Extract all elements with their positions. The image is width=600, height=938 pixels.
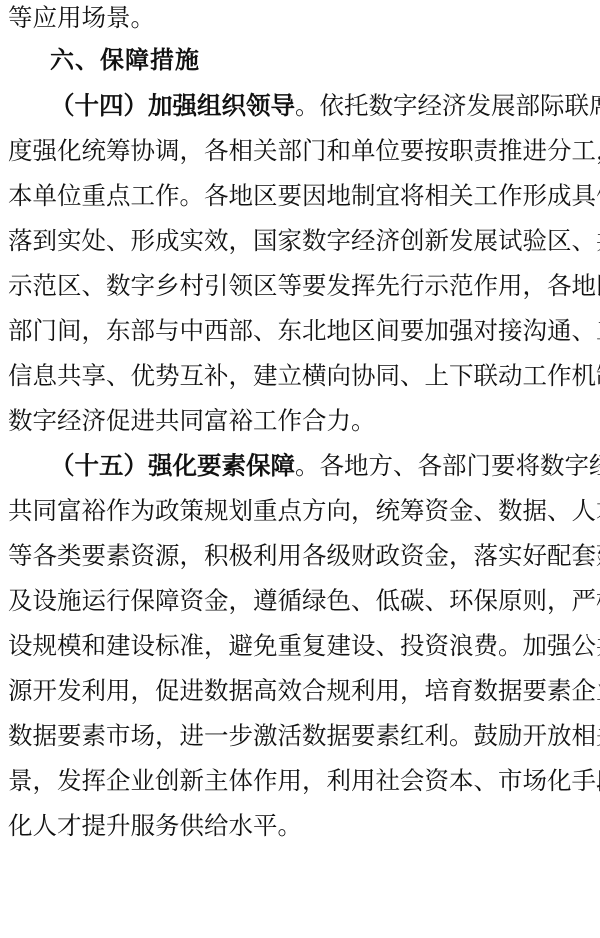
text-line: 共同富裕作为政策规划重点方向，统筹资金、数据、人才、项目 [8, 491, 592, 531]
item-14-first-line: （十四）加强组织领导。依托数字经济发展部际联席会议制 [50, 86, 592, 126]
text-line: 度强化统筹协调，各相关部门和单位要按职责推进分工，并纳入 [8, 131, 592, 171]
item-title: 加强组织领导 [148, 91, 295, 120]
item-15-first-line: （十五）强化要素保障。各地方、各部门要将数字经济促进 [50, 446, 592, 486]
text-line: 等应用场景。 [8, 0, 592, 38]
item-number: （十四） [50, 91, 148, 120]
text-line: 数据要素市场，进一步激活数据要素红利。鼓励开放相关应用场 [8, 716, 592, 756]
text-line: 示范区、数字乡村引领区等要发挥先行示范作用，各地区与相关 [8, 266, 592, 306]
text-line: 等各类要素资源，积极利用各级财政资金，落实好配套建设资金 [8, 536, 592, 576]
item-text: 。依托数字经济发展部际联席会议制 [295, 91, 600, 120]
text-line: 及设施运行保障资金，遵循绿色、低碳、环保原则，严格控制建 [8, 581, 592, 621]
text-line: 化人才提升服务供给水平。 [8, 806, 592, 846]
text-line: 数字经济促进共同富裕工作合力。 [8, 401, 592, 441]
text-line: 设规模和建设标准，避免重复建设、投资浪费。加强公共数据资 [8, 626, 592, 666]
text-line: 部门间，东部与中西部、东北地区间要加强对接沟通、工作协同、 [8, 311, 592, 351]
text-line: 落到实处、形成实效，国家数字经济创新发展试验区、共同富裕 [8, 221, 592, 261]
text-line: 景，发挥企业创新主体作用，利用社会资本、市场化手段、专业 [8, 761, 592, 801]
section-heading: 六、保障措施 [50, 40, 200, 80]
item-title: 强化要素保障 [148, 451, 295, 480]
item-text: 。各地方、各部门要将数字经济促进 [295, 451, 600, 480]
text-line: 信息共享、优势互补，建立横向协同、上下联动工作机制，形成 [8, 356, 592, 396]
text-line: 本单位重点工作。各地区要因地制宜将相关工作形成具体措施、 [8, 176, 592, 216]
text-line: 源开发利用，促进数据高效合规利用，培育数据要素企业，繁荣 [8, 671, 592, 711]
item-number: （十五） [50, 451, 148, 480]
